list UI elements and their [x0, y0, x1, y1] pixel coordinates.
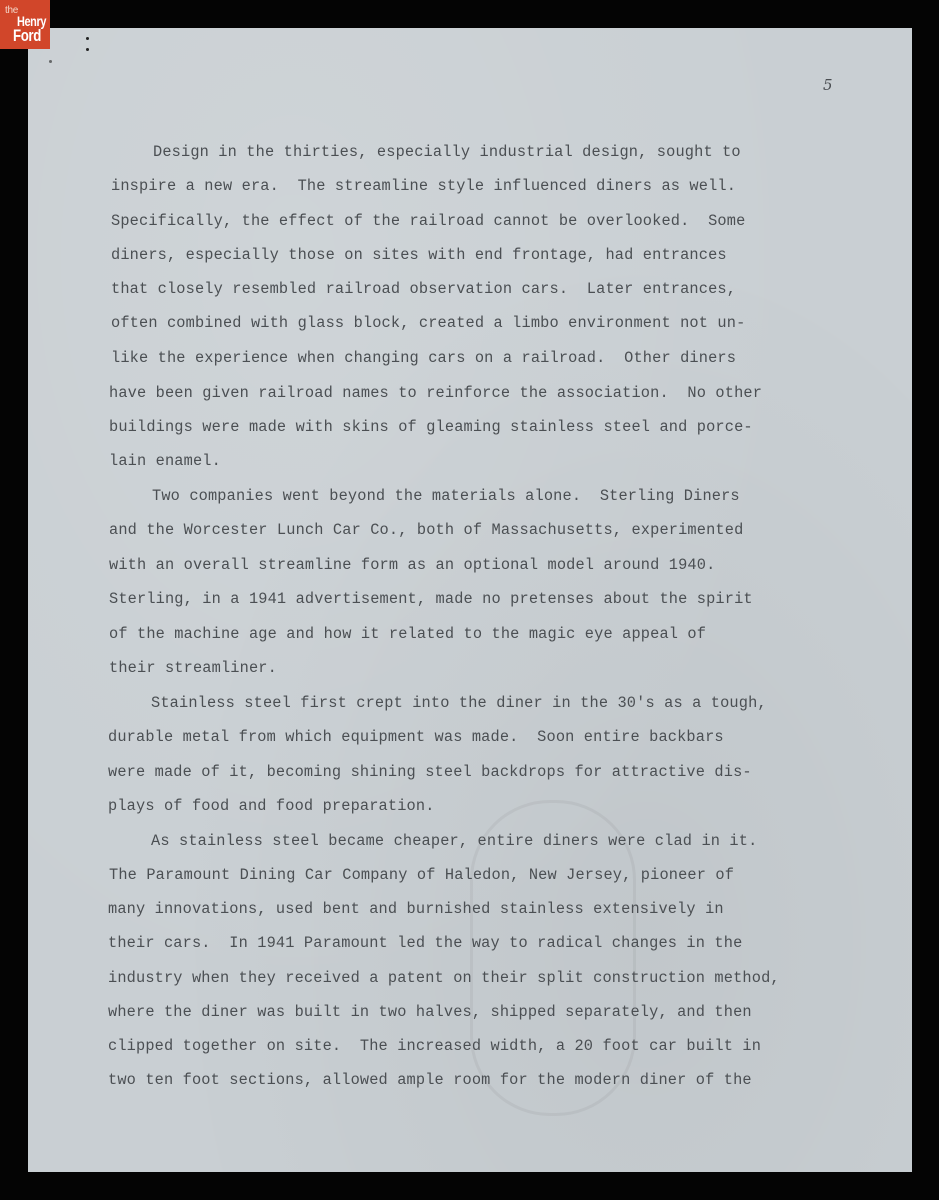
- text-line: buildings were made with skins of gleami…: [109, 418, 753, 436]
- text-line: plays of food and food preparation.: [108, 797, 435, 815]
- text-line: that closely resembled railroad observat…: [111, 280, 736, 298]
- text-line: of the machine age and how it related to…: [109, 625, 706, 643]
- text-line: Stainless steel first crept into the din…: [151, 694, 767, 712]
- text-line: Two companies went beyond the materials …: [152, 487, 740, 505]
- text-line: durable metal from which equipment was m…: [108, 728, 724, 746]
- text-line: Specifically, the effect of the railroad…: [111, 212, 745, 230]
- text-line: where the diner was built in two halves,…: [108, 1003, 752, 1021]
- binder-hole-mark: [86, 48, 89, 51]
- text-line: their streamliner.: [109, 659, 277, 677]
- henry-ford-logo: the Henry Ford: [0, 0, 50, 49]
- text-line: two ten foot sections, allowed ample roo…: [108, 1071, 752, 1089]
- text-line: The Paramount Dining Car Company of Hale…: [109, 866, 734, 884]
- binder-hole-mark: [86, 37, 89, 40]
- text-line: diners, especially those on sites with e…: [111, 246, 727, 264]
- text-line: lain enamel.: [109, 452, 221, 470]
- text-line: As stainless steel became cheaper, entir…: [151, 832, 757, 850]
- text-line: clipped together on site. The increased …: [108, 1037, 761, 1055]
- text-line: inspire a new era. The streamline style …: [111, 177, 736, 195]
- logo-ford: Ford: [13, 27, 41, 44]
- text-line: and the Worcester Lunch Car Co., both of…: [109, 521, 743, 539]
- text-line: were made of it, becoming shining steel …: [108, 763, 752, 781]
- text-line: industry when they received a patent on …: [108, 969, 780, 987]
- text-line: often combined with glass block, created…: [111, 314, 745, 332]
- text-line: Sterling, in a 1941 advertisement, made …: [109, 590, 753, 608]
- text-line: many innovations, used bent and burnishe…: [108, 900, 724, 918]
- page-number: 5: [823, 76, 833, 94]
- text-line: with an overall streamline form as an op…: [109, 556, 715, 574]
- text-line: like the experience when changing cars o…: [111, 349, 736, 367]
- text-line: their cars. In 1941 Paramount led the wa…: [108, 934, 742, 952]
- binder-hole-mark: [49, 60, 52, 63]
- text-line: have been given railroad names to reinfo…: [109, 384, 762, 402]
- text-line: Design in the thirties, especially indus…: [153, 143, 741, 161]
